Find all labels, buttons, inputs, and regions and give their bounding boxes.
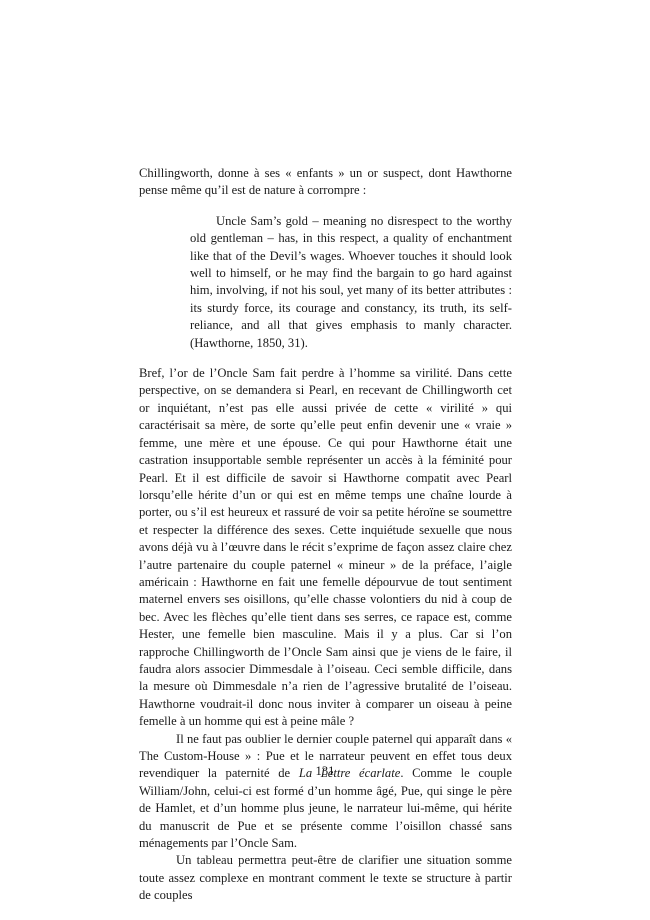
- quote-content: Uncle Sam’s gold – meaning no disrespect…: [190, 213, 512, 352]
- paragraph-3: Un tableau permettra peut-être de clarif…: [139, 852, 512, 904]
- quote-text: Uncle Sam’s gold – meaning no disrespect…: [190, 213, 512, 352]
- paragraph-2: Il ne faut pas oublier le dernier couple…: [139, 731, 512, 853]
- page-number: 131: [0, 764, 650, 779]
- block-quote: Uncle Sam’s gold – meaning no disrespect…: [190, 213, 512, 352]
- paragraph-1: Bref, l’or de l’Oncle Sam fait perdre à …: [139, 365, 512, 731]
- intro-paragraph: Chillingworth, donne à ses « enfants » u…: [139, 165, 512, 200]
- page-body: Chillingworth, donne à ses « enfants » u…: [139, 165, 512, 905]
